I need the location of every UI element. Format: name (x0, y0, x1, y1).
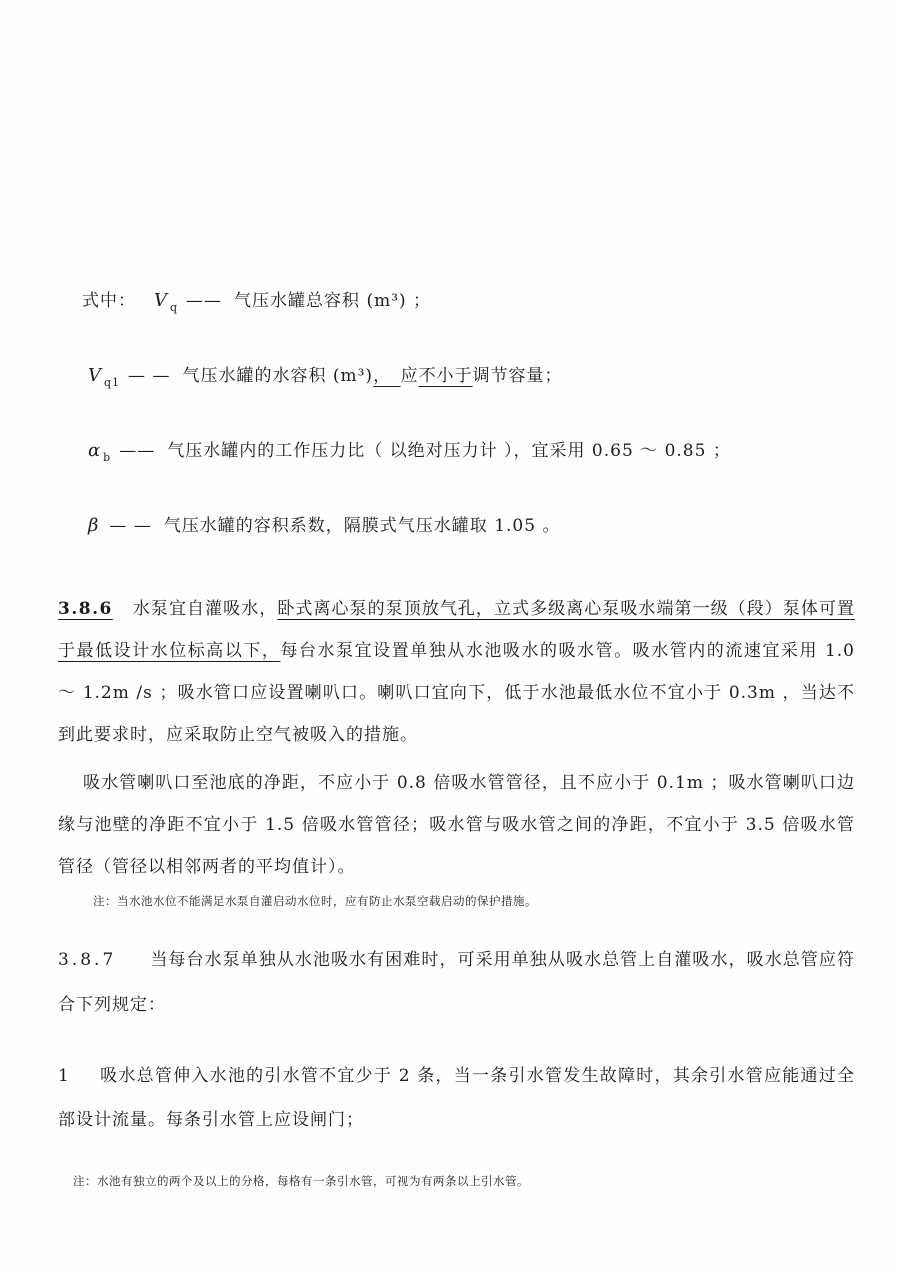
underlined-phrase: 不小于 (419, 366, 473, 386)
list-item-number: 1 (58, 1066, 70, 1086)
section-number-3-8-7: 3.8.7 (58, 950, 116, 970)
definition-text-vq: 气压水罐总容积 (m³) ； (234, 291, 431, 311)
definition-text-tail: 调节容量； (473, 366, 563, 386)
list-item-text: 吸水总管伸入水池的引水管不宜少于 2 条，当一条引水管发生故障时，其余引水管应能… (58, 1066, 855, 1130)
paragraph-suction-clearance: 吸水管喇叭口至池底的净距，不应小于 0.8 倍吸水管管径，且不应小于 0.1m … (58, 762, 855, 888)
symbol-vq-subscript: q (170, 301, 178, 314)
underlined-comma: ， (373, 366, 401, 386)
note-text: 注：水池有独立的两个及以上的分格，每格有一条引水管，可视为有两条以上引水管。 (73, 1174, 529, 1188)
formula-definition-vq: 式中：Vq——气压水罐总容积 (m³) ； (82, 288, 855, 321)
symbol-vq1: V (88, 365, 102, 386)
symbol-alpha: α (88, 440, 101, 461)
symbol-beta: β (88, 515, 99, 536)
formula-definition-beta: β— —气压水罐的容积系数，隔膜式气压水罐取 1.05 。 (88, 513, 855, 546)
definition-dash: — — (128, 366, 170, 386)
note-3-8-7: 注：水池有独立的两个及以上的分格，每格有一条引水管，可视为有两条以上引水管。 (73, 1172, 855, 1190)
section-3-8-7: 3.8.7当每台水泵单独从水池吸水有困难时，可采用单独从吸水总管上自灌吸水，吸水… (58, 938, 855, 1028)
definition-text-mid: 应 (401, 366, 419, 386)
document-page: 式中：Vq——气压水罐总容积 (m³) ； Vq1— —气压水罐的水容积 (m³… (0, 0, 900, 1273)
symbol-vq1-subscript: q1 (104, 376, 120, 389)
note-text: 注：当水池水位不能满足水泵自灌启动水位时，应有防止水泵空载启动的保护措施。 (93, 894, 537, 908)
list-item-1: 1吸水总管伸入水池的引水管不宜少于 2 条，当一条引水管发生故障时，其余引水管应… (58, 1054, 855, 1142)
clause-text: 当每台水泵单独从水池吸水有困难时，可采用单独从吸水总管上自灌吸水，吸水总管应符合… (58, 950, 855, 1015)
definition-text-alpha: 气压水罐内的工作压力比（ 以绝对压力计 ），宜采用 0.65 ～ 0.85 ； (167, 441, 731, 461)
symbol-vq: V (154, 290, 168, 311)
formula-where-label: 式中： (82, 291, 136, 311)
clause-text-plain-1: 水泵宜自灌吸水， (133, 599, 278, 619)
definition-dash: —— (119, 441, 155, 461)
symbol-alpha-subscript: b (103, 451, 111, 464)
definition-dash: —— (186, 291, 222, 311)
formula-definition-alpha-b: αb——气压水罐内的工作压力比（ 以绝对压力计 ），宜采用 0.65 ～ 0.8… (88, 438, 855, 471)
formula-definition-vq1: Vq1— —气压水罐的水容积 (m³)， 应不小于调节容量； (88, 363, 855, 396)
paragraph-text: 吸水管喇叭口至池底的净距，不应小于 0.8 倍吸水管管径，且不应小于 0.1m … (58, 773, 855, 877)
note-3-8-6: 注：当水池水位不能满足水泵自灌启动水位时，应有防止水泵空载启动的保护措施。 (93, 892, 855, 910)
section-number-3-8-6: 3.8.6 (58, 599, 113, 619)
definition-text-beta: 气压水罐的容积系数，隔膜式气压水罐取 1.05 。 (164, 516, 561, 536)
definition-text-vq1: 气压水罐的水容积 (m³) (182, 366, 373, 386)
section-3-8-6: 3.8.6水泵宜自灌吸水，卧式离心泵的泵顶放气孔，立式多级离心泵吸水端第一级（段… (58, 588, 855, 756)
definition-dash: — — (109, 516, 151, 536)
